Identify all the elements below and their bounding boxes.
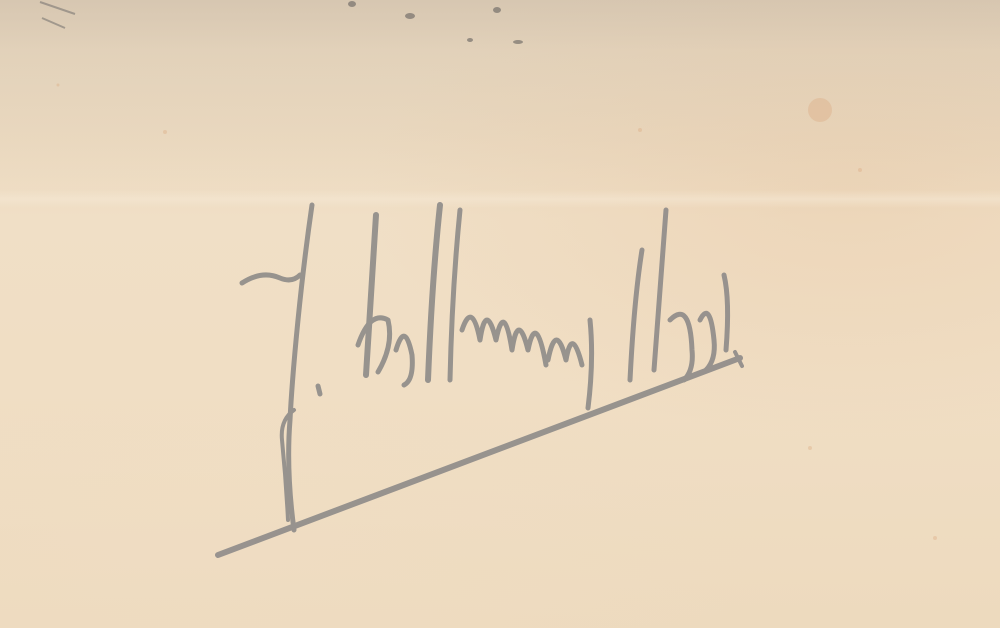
aged-paper-photo: J. Dehonghe: [0, 0, 1000, 628]
paper-foxing: [57, 84, 938, 541]
pencil-signature: [0, 0, 1000, 628]
signature-strokes: [218, 205, 742, 555]
top-left-stroke: [40, 2, 75, 28]
top-print-remnants: [348, 1, 523, 44]
